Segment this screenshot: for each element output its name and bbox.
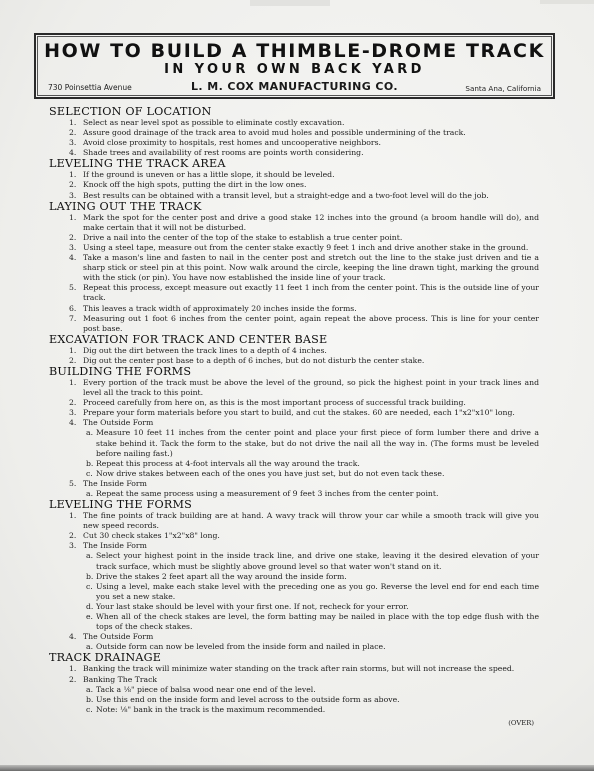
item-number: 7. — [69, 314, 76, 324]
item-text: If the ground is uneven or has a little … — [83, 170, 335, 179]
item-text: Every portion of the track must be above… — [83, 378, 539, 397]
item-text: Using a steel tape, measure out from the… — [83, 243, 528, 252]
item-number: 2. — [69, 180, 76, 190]
item-text: The Inside Form — [83, 541, 147, 550]
sub-item-letter: a. — [86, 685, 96, 695]
sub-item-letter: b. — [86, 459, 96, 469]
sub-item: a.Tack a ⅛" piece of balsa wood near one… — [49, 685, 539, 695]
list-item: 5.Repeat this process, except measure ou… — [49, 283, 539, 303]
item-number: 3. — [69, 408, 76, 418]
sub-item-letter: a. — [86, 489, 96, 499]
sub-item-letter: b. — [86, 695, 96, 705]
paper-scuff — [250, 0, 330, 6]
list-item: 3.Best results can be obtained with a tr… — [49, 191, 539, 201]
sub-item-letter: b. — [86, 572, 96, 582]
sub-item: b.Use this end on the inside form and le… — [49, 695, 539, 705]
list-item: 5.The Inside Form — [49, 479, 539, 489]
section-heading: LEVELING THE FORMS — [49, 499, 539, 511]
sub-item: a.Repeat the same process using a measur… — [49, 489, 539, 499]
item-number: 1. — [69, 378, 76, 388]
item-number: 5. — [69, 283, 76, 293]
sub-item: b.Drive the stakes 2 feet apart all the … — [49, 572, 539, 582]
title-banner: HOW TO BUILD A THIMBLE-DROME TRACK IN YO… — [34, 33, 555, 99]
instructions-body: SELECTION OF LOCATION1.Select as near le… — [49, 106, 539, 715]
item-number: 4. — [69, 253, 76, 263]
item-text: Cut 30 check stakes 1"x2"x8" long. — [83, 531, 220, 540]
sub-item-text: Your last stake should be level with you… — [96, 602, 409, 611]
list-item: 1.If the ground is uneven or has a littl… — [49, 170, 539, 180]
sub-item: b.Repeat this process at 4-foot interval… — [49, 459, 539, 469]
item-text: The Outside Form — [83, 418, 153, 427]
item-number: 1. — [69, 346, 76, 356]
document-page: HOW TO BUILD A THIMBLE-DROME TRACK IN YO… — [0, 0, 594, 771]
sub-item: c.Now drive stakes between each of the o… — [49, 469, 539, 479]
sub-item-text: Now drive stakes between each of the one… — [96, 469, 444, 478]
item-text: Select as near level spot as possible to… — [83, 118, 344, 127]
sub-item-letter: c. — [86, 582, 96, 592]
list-item: 2.Cut 30 check stakes 1"x2"x8" long. — [49, 531, 539, 541]
item-text: The Inside Form — [83, 479, 147, 488]
item-number: 1. — [69, 118, 76, 128]
document-title: HOW TO BUILD A THIMBLE-DROME TRACK — [36, 40, 553, 62]
list-item: 4.Take a mason's line and fasten to nail… — [49, 253, 539, 283]
paper-scuff — [540, 0, 594, 4]
list-item: 3.Using a steel tape, measure out from t… — [49, 243, 539, 253]
item-number: 2. — [69, 531, 76, 541]
list-item: 2.Proceed carefully from here on, as thi… — [49, 398, 539, 408]
item-number: 1. — [69, 511, 76, 521]
item-number: 4. — [69, 632, 76, 642]
sub-item: c.Using a level, make each stake level w… — [49, 582, 539, 602]
item-number: 2. — [69, 128, 76, 138]
item-text: Prepare your form materials before you s… — [83, 408, 515, 417]
sub-item-letter: e. — [86, 612, 96, 622]
page-bottom-edge — [0, 765, 594, 771]
item-number: 3. — [69, 243, 76, 253]
sub-item-letter: d. — [86, 602, 96, 612]
item-number: 4. — [69, 148, 76, 158]
item-number: 3. — [69, 541, 76, 551]
sub-item: a.Select your highest point in the insid… — [49, 551, 539, 571]
sub-item-letter: a. — [86, 551, 96, 561]
section-heading: LEVELING THE TRACK AREA — [49, 158, 539, 170]
item-text: Repeat this process, except measure out … — [83, 283, 539, 302]
item-number: 1. — [69, 664, 76, 674]
section-heading: LAYING OUT THE TRACK — [49, 201, 539, 213]
item-text: Knock off the high spots, putting the di… — [83, 180, 306, 189]
list-item: 2.Banking The Track — [49, 675, 539, 685]
sub-item-text: Outside form can now be leveled from the… — [96, 642, 386, 651]
item-text: Banking The Track — [83, 675, 157, 684]
section-heading: TRACK DRAINAGE — [49, 652, 539, 664]
list-item: 4.The Outside Form — [49, 632, 539, 642]
sub-item: d.Your last stake should be level with y… — [49, 602, 539, 612]
over-marker: (OVER) — [508, 719, 534, 727]
sub-item: c.Note: ⅛" bank in the track is the maxi… — [49, 705, 539, 715]
item-number: 5. — [69, 479, 76, 489]
sub-item-text: Tack a ⅛" piece of balsa wood near one e… — [96, 685, 316, 694]
list-item: 4.The Outside Form — [49, 418, 539, 428]
item-text: Mark the spot for the center post and dr… — [83, 213, 539, 232]
list-item: 2.Knock off the high spots, putting the … — [49, 180, 539, 190]
sub-item-text: Note: ⅛" bank in the track is the maximu… — [96, 705, 325, 714]
sub-item-letter: c. — [86, 705, 96, 715]
list-item: 1.Select as near level spot as possible … — [49, 118, 539, 128]
item-text: Drive a nail into the center of the top … — [83, 233, 402, 242]
sub-item: a.Outside form can now be leveled from t… — [49, 642, 539, 652]
sub-item-letter: c. — [86, 469, 96, 479]
item-text: Shade trees and availability of rest roo… — [83, 148, 364, 157]
section-heading: BUILDING THE FORMS — [49, 366, 539, 378]
list-item: 1.Every portion of the track must be abo… — [49, 378, 539, 398]
item-text: Measuring out 1 foot 6 inches from the c… — [83, 314, 539, 333]
item-text: Dig out the center post base to a depth … — [83, 356, 424, 365]
item-number: 2. — [69, 675, 76, 685]
item-text: The fine points of track building are at… — [83, 511, 539, 530]
sub-item-text: Repeat the same process using a measurem… — [96, 489, 438, 498]
item-number: 1. — [69, 170, 76, 180]
sub-item: e.When all of the check stakes are level… — [49, 612, 539, 632]
item-text: Proceed carefully from here on, as this … — [83, 398, 466, 407]
list-item: 1.The fine points of track building are … — [49, 511, 539, 531]
sub-item-text: Repeat this process at 4-foot intervals … — [96, 459, 360, 468]
sub-item-text: When all of the check stakes are level, … — [96, 612, 539, 631]
sub-item-letter: a. — [86, 642, 96, 652]
sub-item-text: Measure 10 feet 11 inches from the cente… — [96, 428, 539, 457]
item-number: 2. — [69, 233, 76, 243]
list-item: 2.Drive a nail into the center of the to… — [49, 233, 539, 243]
item-text: Avoid close proximity to hospitals, rest… — [83, 138, 381, 147]
item-text: Dig out the dirt between the track lines… — [83, 346, 327, 355]
list-item: 3.Prepare your form materials before you… — [49, 408, 539, 418]
list-item: 6.This leaves a track width of approxima… — [49, 304, 539, 314]
item-text: Assure good drainage of the track area t… — [83, 128, 466, 137]
section-heading: SELECTION OF LOCATION — [49, 106, 539, 118]
list-item: 1.Dig out the dirt between the track lin… — [49, 346, 539, 356]
item-text: Banking the track will minimize water st… — [83, 664, 514, 673]
list-item: 1.Banking the track will minimize water … — [49, 664, 539, 674]
item-text: The Outside Form — [83, 632, 153, 641]
list-item: 2.Dig out the center post base to a dept… — [49, 356, 539, 366]
document-subtitle: IN YOUR OWN BACK YARD — [36, 62, 553, 77]
item-number: 2. — [69, 356, 76, 366]
sub-item-text: Drive the stakes 2 feet apart all the wa… — [96, 572, 347, 581]
sub-item-text: Using a level, make each stake level wit… — [96, 582, 539, 601]
item-number: 3. — [69, 138, 76, 148]
item-number: 1. — [69, 213, 76, 223]
item-number: 2. — [69, 398, 76, 408]
city-state: Santa Ana, California — [465, 84, 541, 93]
item-text: Take a mason's line and fasten to nail i… — [83, 253, 539, 282]
sub-item-letter: a. — [86, 428, 96, 438]
item-text: Best results can be obtained with a tran… — [83, 191, 489, 200]
sub-item: a.Measure 10 feet 11 inches from the cen… — [49, 428, 539, 458]
list-item: 2.Assure good drainage of the track area… — [49, 128, 539, 138]
item-text: This leaves a track width of approximate… — [83, 304, 357, 313]
list-item: 1.Mark the spot for the center post and … — [49, 213, 539, 233]
item-number: 6. — [69, 304, 76, 314]
sub-item-text: Use this end on the inside form and leve… — [96, 695, 400, 704]
list-item: 3.The Inside Form — [49, 541, 539, 551]
sub-item-text: Select your highest point in the inside … — [96, 551, 539, 570]
section-heading: EXCAVATION FOR TRACK AND CENTER BASE — [49, 334, 539, 346]
list-item: 7.Measuring out 1 foot 6 inches from the… — [49, 314, 539, 334]
list-item: 3.Avoid close proximity to hospitals, re… — [49, 138, 539, 148]
item-number: 3. — [69, 191, 76, 201]
item-number: 4. — [69, 418, 76, 428]
list-item: 4.Shade trees and availability of rest r… — [49, 148, 539, 158]
